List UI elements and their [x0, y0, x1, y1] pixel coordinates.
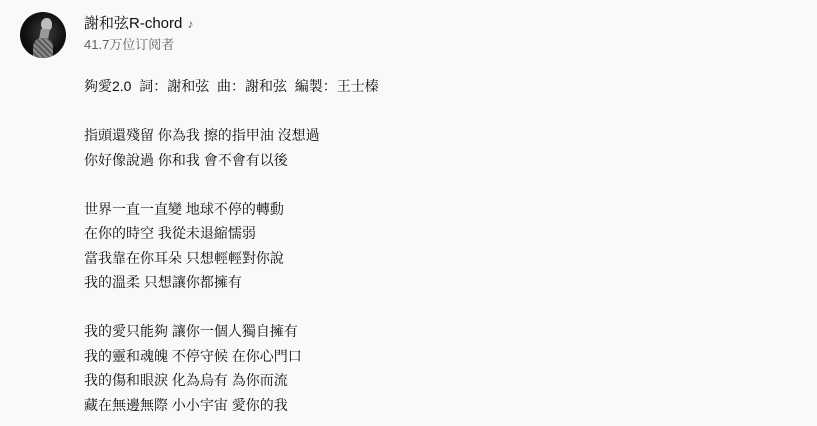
lyric-line: 我的愛只能夠 讓你一個人獨自擁有 — [84, 319, 379, 344]
lyric-line: 世界一直一直變 地球不停的轉動 — [84, 197, 379, 222]
owner-info: 謝和弦R-chord ♪ 41.7万位订阅者 — [84, 12, 193, 54]
channel-avatar[interactable] — [20, 12, 66, 58]
stanza-gap — [84, 172, 379, 197]
lyric-line: 藏在無邊無際 小小宇宙 愛你的我 — [84, 393, 379, 418]
subscriber-count: 41.7万位订阅者 — [84, 36, 193, 54]
music-note-icon: ♪ — [187, 14, 193, 34]
channel-name-row: 謝和弦R-chord ♪ — [84, 14, 193, 34]
lyric-line: 我的溫柔 只想讓你都擁有 — [84, 270, 379, 295]
avatar-figure-body — [33, 38, 53, 58]
lyric-line: 我的靈和魂魄 不停守候 在你心門口 — [84, 344, 379, 369]
song-credits: 夠愛2.0 詞：謝和弦 曲：謝和弦 編製：王士榛 — [84, 74, 379, 99]
lyric-line: 你好像說過 你和我 會不會有以後 — [84, 148, 379, 173]
lyric-line: 在你的時空 我從未退縮懦弱 — [84, 221, 379, 246]
lyric-line: 指頭還殘留 你為我 擦的指甲油 沒想過 — [84, 123, 379, 148]
lyric-line: 我的傷和眼淚 化為烏有 為你而流 — [84, 368, 379, 393]
channel-owner: 謝和弦R-chord ♪ 41.7万位订阅者 — [20, 12, 193, 58]
channel-name-link[interactable]: 謝和弦R-chord — [84, 14, 182, 34]
video-description: 夠愛2.0 詞：謝和弦 曲：謝和弦 編製：王士榛 指頭還殘留 你為我 擦的指甲油… — [84, 74, 379, 417]
lyric-line: 當我靠在你耳朵 只想輕輕對你說 — [84, 246, 379, 271]
stanza-gap — [84, 295, 379, 320]
